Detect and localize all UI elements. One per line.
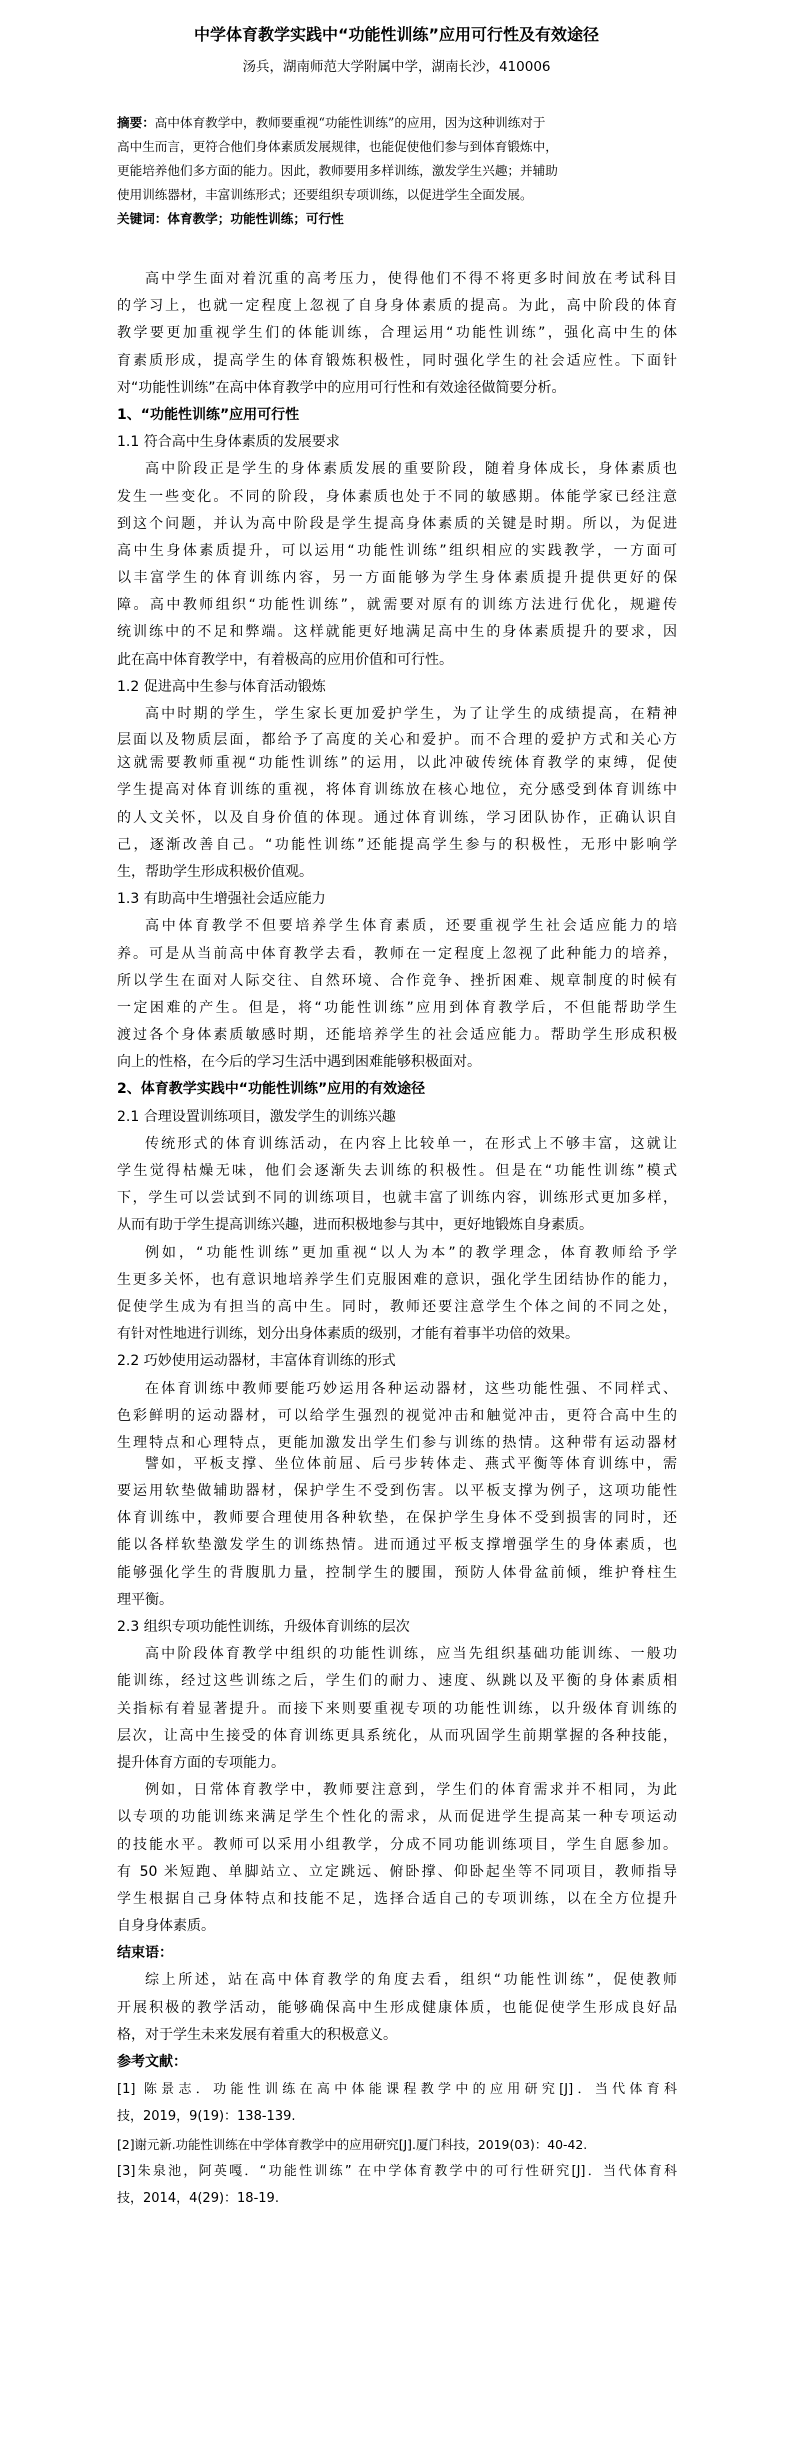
body-line: 关指标有着显著提升。而接下来则要重视专项的功能性训练，以升级体育训练的 (117, 1696, 677, 1723)
abstract-line: 更能培养他们多方面的能力。因此，教师要用多样训练，激发学生兴趣；并辅助 (117, 159, 677, 183)
body-line: 高中阶段体育教学中组织的功能性训练，应当先组织基础功能训练、一般功 (117, 1641, 677, 1668)
intro-line: 的学习上，也就一定程度上忽视了自身身体素质的提高。为此，高中阶段的体育 (117, 293, 677, 320)
body-line: 综上所述，站在高中体育教学的角度去看，组织“功能性训练”，促使教师 (117, 1967, 677, 1994)
subsection-heading-1-2: 1.2 促进高中生参与体育活动锻炼 (117, 674, 677, 701)
abstract-block: 摘要：高中体育教学中，教师要重视“功能性训练”的应用，因为这种训练对于 高中生而… (117, 111, 677, 231)
body-line: 向上的性格，在今后的学习生活中遇到困难能够积极面对。 (117, 1049, 677, 1076)
body-line: 到这个问题，并认为高中阶段是学生提高身体素质的关键是时期。所以，为促进 (117, 511, 677, 538)
body-line: 下，学生可以尝试到不同的训练项目，也就丰富了训练内容，训练形式更加多样， (117, 1185, 677, 1212)
body-line: 传统形式的体育训练活动，在内容上比较单一，在形式上不够丰富，这就让 (117, 1131, 677, 1158)
body-line: 层面以及物质层面，都给予了高度的关心和爱护。而不合理的爱护方式和关心方 (117, 728, 677, 750)
subsection-heading-2-2: 2.2 巧妙使用运动器材，丰富体育训练的形式 (117, 1348, 677, 1375)
body-line: 生理特点和心理特点，更能加激发出学生们参与训练的热情。这种带有运动器材 (117, 1430, 677, 1451)
body-line: 自身身体素质。 (117, 1913, 677, 1940)
reference-line: 技，2019，9(19)：138-139. (117, 2103, 677, 2130)
body-line: 层次，让高中生接受的体育训练更具系统化，从而巩固学生前期掌握的各种技能， (117, 1723, 677, 1750)
references-heading: 参考文献： (117, 2049, 677, 2076)
body-line: 有针对性地进行训练，划分出身体素质的级别，才能有着事半功倍的效果。 (117, 1321, 677, 1348)
body-line: 学生觉得枯燥无味，他们会逐渐失去训练的积极性。但是在“功能性训练”模式 (117, 1158, 677, 1185)
section-heading-2: 2、体育教学实践中“功能性训练”应用的有效途径 (117, 1076, 677, 1103)
body-line: 开展积极的教学活动，能够确保高中生形成健康体质，也能促使学生形成良好品 (117, 1995, 677, 2022)
paper-body: 高中学生面对着沉重的高考压力，使得他们不得不将更多时间放在考试科目 的学习上，也… (117, 266, 677, 2212)
paper-title: 中学体育教学实践中“功能性训练”应用可行性及有效途径 (0, 22, 793, 45)
abstract-line: 摘要：高中体育教学中，教师要重视“功能性训练”的应用，因为这种训练对于 (117, 111, 677, 135)
intro-line: 教学要更加重视学生们的体能训练，合理运用“功能性训练”，强化高中生的体 (117, 320, 677, 347)
conclusion-heading: 结束语： (117, 1940, 677, 1967)
intro-line: 高中学生面对着沉重的高考压力，使得他们不得不将更多时间放在考试科目 (117, 266, 677, 293)
body-line: 养。可是从当前高中体育教学去看，教师在一定程度上忽视了此种能力的培养， (117, 941, 677, 968)
body-line: 生，帮助学生形成积极价值观。 (117, 859, 677, 886)
body-line: 障。高中教师组织“功能性训练”，就需要对原有的训练方法进行优化，规避传 (117, 592, 677, 619)
body-line: 理平衡。 (117, 1587, 677, 1614)
body-line: 从而有助于学生提高训练兴趣，进而积极地参与其中，更好地锻炼自身素质。 (117, 1212, 677, 1239)
reference-line: [1] 陈景志．功能性训练在高中体能课程教学中的应用研究[J]．当代体育科 (117, 2076, 677, 2103)
body-line: 一定困难的产生。但是，将“功能性训练”应用到体育教学后，不但能帮助学生 (117, 995, 677, 1022)
reference-line: 技，2014，4(29)：18-19. (117, 2185, 677, 2212)
body-line: 能以各样软垫激发学生的训练热情。进而通过平板支撑增强学生的身体素质，也 (117, 1532, 677, 1559)
intro-line: 对“功能性训练”在高中体育教学中的应用可行性和有效途径做简要分析。 (117, 375, 677, 402)
body-line: 体育训练中，教师要合理使用各种软垫，在保护学生身体不受到损害的同时，还 (117, 1505, 677, 1532)
body-line: 学生根据自己身体特点和技能不足，选择合适自己的专项训练，以在全方位提升 (117, 1886, 677, 1913)
body-line: 能够强化学生的背腹肌力量，控制学生的腰围，预防人体骨盆前倾，维护脊柱生 (117, 1560, 677, 1587)
keywords: 关键词：体育教学；功能性训练；可行性 (117, 207, 677, 231)
subsection-heading-1-3: 1.3 有助高中生增强社会适应能力 (117, 886, 677, 913)
reference-line: [3]朱泉池，阿英嘎．“功能性训练” 在中学体育教学中的可行性研究[J]．当代体… (117, 2158, 677, 2185)
body-line: 生更多关怀，也有意识地培养学生们克服困难的意识，强化学生团结协作的能力， (117, 1267, 677, 1294)
body-line: 学生提高对体育训练的重视，将体育训练放在核心地位，充分感受到体育训练中 (117, 777, 677, 804)
author-affiliation: 汤兵，湖南师范大学附属中学，湖南长沙，410006 (0, 55, 793, 75)
reference-line: [2]谢元新.功能性训练在中学体育教学中的应用研究[J].厦门科技，2019(0… (117, 2131, 677, 2158)
body-line: 要运用软垫做辅助器材，保护学生不受到伤害。以平板支撑为例子，这项功能性 (117, 1478, 677, 1505)
body-line: 有 50 米短跑、单脚站立、立定跳远、俯卧撑、仰卧起坐等不同项目，教师指导 (117, 1859, 677, 1886)
abstract-line: 高中生而言，更符合他们身体素质发展规律，也能促使他们参与到体育锻炼中， (117, 135, 677, 159)
body-line: 的人文关怀，以及自身价值的体现。通过体育训练，学习团队协作，正确认识自 (117, 805, 677, 832)
body-line: 高中时期的学生，学生家长更加爱护学生，为了让学生的成绩提高，在精神 (117, 701, 677, 728)
body-line: 的技能水平。教师可以采用小组教学，分成不同功能训练项目，学生自愿参加。 (117, 1832, 677, 1859)
body-line: 例如，“功能性训练”更加重视“以人为本”的教学理念，体育教师给予学 (117, 1240, 677, 1267)
body-line: 己，逐渐改善自己。“功能性训练”还能提高学生参与的积极性，无形中影响学 (117, 832, 677, 859)
body-line: 高中阶段正是学生的身体素质发展的重要阶段，随着身体成长，身体素质也 (117, 456, 677, 483)
body-line: 以丰富学生的体育训练内容，另一方面能够为学生身体素质提升提供更好的保 (117, 565, 677, 592)
abstract-label: 摘要： (117, 115, 155, 130)
body-line: 譬如，平板支撑、坐位体前屈、后弓步转体走、燕式平衡等体育训练中，需 (117, 1451, 677, 1478)
body-line: 格，对于学生未来发展有着重大的积极意义。 (117, 2022, 677, 2049)
body-line: 渡过各个身体素质敏感时期，还能培养学生的社会适应能力。帮助学生形成积极 (117, 1022, 677, 1049)
intro-line: 育素质形成，提高学生的体育锻炼积极性，同时强化学生的社会适应性。下面针 (117, 348, 677, 375)
subsection-heading-2-3: 2.3 组织专项功能性训练，升级体育训练的层次 (117, 1614, 677, 1641)
body-line: 所以学生在面对人际交往、自然环境、合作竞争、挫折困难、规章制度的时候有 (117, 968, 677, 995)
body-line: 例如，日常体育教学中，教师要注意到，学生们的体育需求并不相同，为此 (117, 1777, 677, 1804)
body-line: 在体育训练中教师要能巧妙运用各种运动器材，这些功能性强、不同样式、 (117, 1376, 677, 1403)
body-line: 以专项的功能训练来满足学生个性化的需求，从而促进学生提高某一种专项运动 (117, 1804, 677, 1831)
body-line: 能训练，经过这些训练之后，学生们的耐力、速度、纵跳以及平衡的身体素质相 (117, 1668, 677, 1695)
body-line: 发生一些变化。不同的阶段，身体素质也处于不同的敏感期。体能学家已经注意 (117, 484, 677, 511)
subsection-heading-1-1: 1.1 符合高中生身体素质的发展要求 (117, 429, 677, 456)
subsection-heading-2-1: 2.1 合理设置训练项目，激发学生的训练兴趣 (117, 1104, 677, 1131)
body-line: 色彩鲜明的运动器材，可以给学生强烈的视觉冲击和触觉冲击，更符合高中生的 (117, 1403, 677, 1430)
body-line: 高中体育教学不但要培养学生体育素质，还要重视学生社会适应能力的培 (117, 913, 677, 940)
body-line: 此在高中体育教学中，有着极高的应用价值和可行性。 (117, 647, 677, 674)
abstract-line: 使用训练器材，丰富训练形式；还要组织专项训练，以促进学生全面发展。 (117, 183, 677, 207)
body-line: 统训练中的不足和弊端。这样就能更好地满足高中生的身体素质提升的要求，因 (117, 619, 677, 646)
body-line: 这就需要教师重视“功能性训练”的运用，以此冲破传统体育教学的束缚，促使 (117, 750, 677, 777)
section-heading-1: 1、“功能性训练”应用可行性 (117, 402, 677, 429)
body-line: 促使学生成为有担当的高中生。同时，教师还要注意学生个体之间的不同之处， (117, 1294, 677, 1321)
body-line: 高中生身体素质提升，可以运用“功能性训练”组织相应的实践教学，一方面可 (117, 538, 677, 565)
body-line: 提升体育方面的专项能力。 (117, 1750, 677, 1777)
